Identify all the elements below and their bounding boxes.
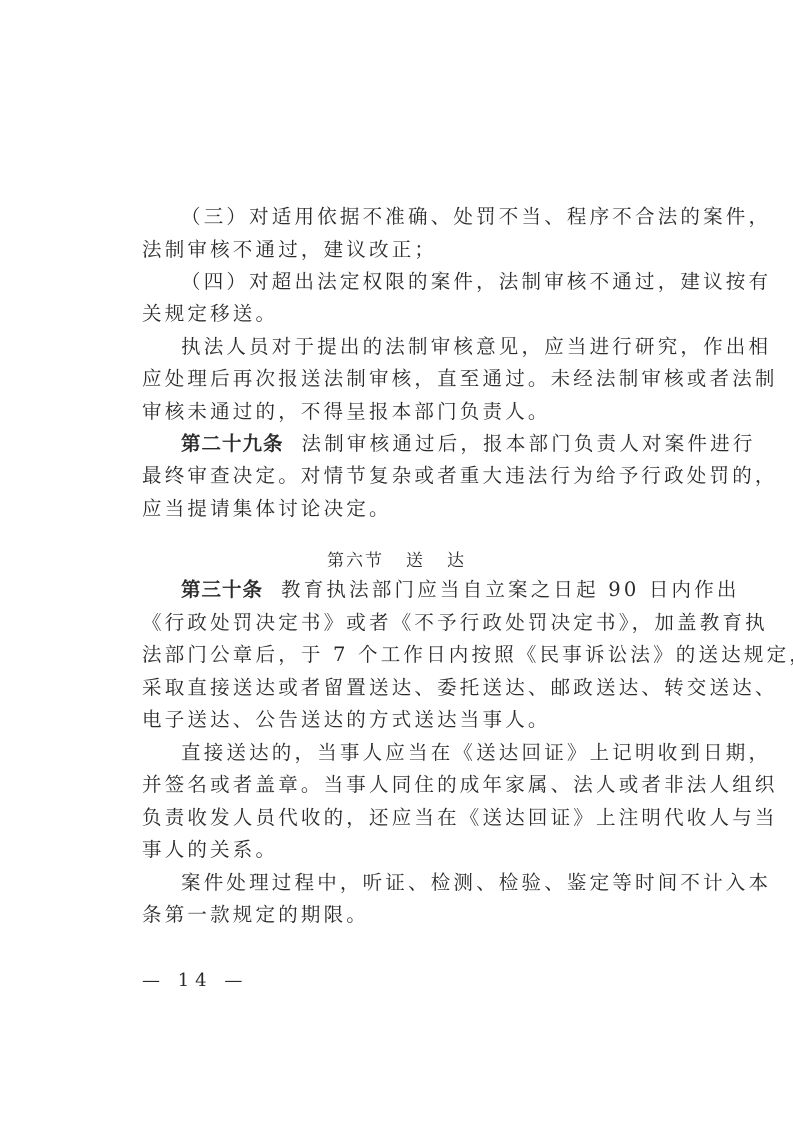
text-line: 条第一款规定的期限。 [142,903,662,927]
text-line: 教育执法部门应当自立案之日起 90 日内作出 [281,578,740,601]
text-line: 法制审核通过后，报本部门负责人对案件进行 [302,432,756,455]
text-line: 负责收发人员代收的，还应当在《送达回证》上注明代收人与当 [142,806,662,830]
article-label: 第二十九条 [181,432,284,455]
text-line: 直接送达的，当事人应当在《送达回证》上记明收到日期， [181,741,701,765]
text-line: 采取直接送达或者留置送达、委托送达、邮政送达、转交送达、 [142,676,662,700]
text-line: 《行政处罚决定书》或者《不予行政处罚决定书》，加盖教育执 [142,611,662,635]
article-label: 第三十条 [181,578,263,601]
text-line: 审核未通过的，不得呈报本部门负责人。 [142,400,662,424]
text-line: 法部门公章后，于 7 个工作日内按照《民事诉讼法》的送达规定， [142,643,662,667]
text-line: （四）对超出法定权限的案件，法制审核不通过，建议按有 [181,270,701,294]
text-line: 最终审查决定。对情节复杂或者重大违法行为给予行政处罚的， [142,464,662,488]
article-30-first-line: 第三十条教育执法部门应当自立案之日起 90 日内作出 [181,578,701,602]
text-line: （三）对适用依据不准确、处罚不当、程序不合法的案件， [181,205,701,229]
text-line: 执法人员对于提出的法制审核意见，应当进行研究，作出相 [181,335,701,359]
text-line: 电子送达、公告送达的方式送达当事人。 [142,708,662,732]
section-name-char: 达 [447,546,466,571]
text-line: 案件处理过程中，听证、检测、检验、鉴定等时间不计入本 [181,871,701,895]
page-number: — 14 — [142,970,248,991]
text-line: 应当提请集体讨论决定。 [142,497,662,521]
article-29-first-line: 第二十九条法制审核通过后，报本部门负责人对案件进行 [181,432,701,456]
text-line: 关规定移送。 [142,302,662,326]
section-name-char: 送 [406,546,425,571]
document-page: （三）对适用依据不准确、处罚不当、程序不合法的案件， 法制审核不通过，建议改正；… [0,0,793,1122]
text-line: 应处理后再次报送法制审核，直至通过。未经法制审核或者法制 [142,367,662,391]
text-line: 法制审核不通过，建议改正； [142,238,662,262]
section-number: 第六节 [327,546,384,571]
text-line: 并签名或者盖章。当事人同住的成年家属、法人或者非法人组织 [142,773,662,797]
text-line: 事人的关系。 [142,838,662,862]
section-title: 第六节送达 [0,546,793,571]
